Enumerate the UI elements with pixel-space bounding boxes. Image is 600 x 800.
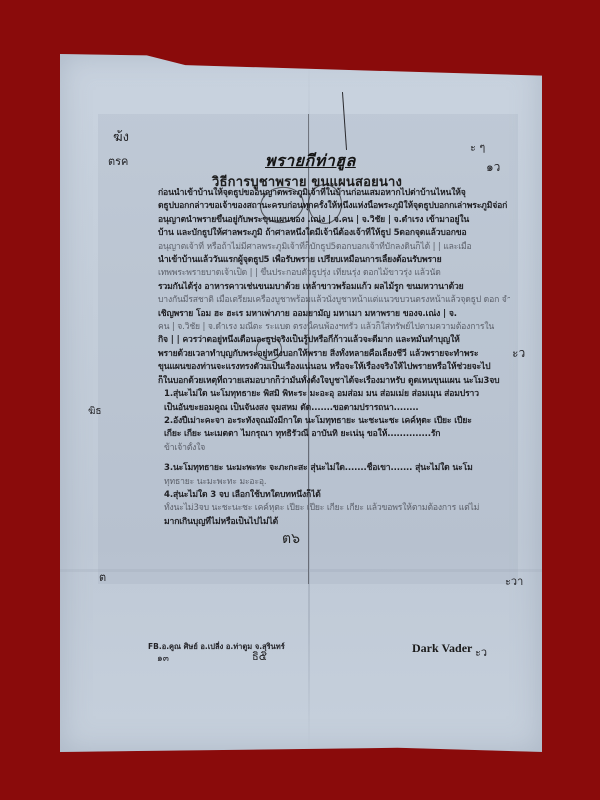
body-line: นำเข้าบ้านแล้ววันแรกผู้จุดธูป5 เพื่อรับพ… xyxy=(158,254,510,267)
item-number: 2. xyxy=(164,416,173,426)
bottom-mark-left: ต xyxy=(99,568,106,586)
body-line: บ้าน และบักธูปให้ศาลพระภูมิ ถ้าศาลหนึ่งใ… xyxy=(158,227,510,240)
body-line: นะโมทุทธายะ นะมะพะทะ จะภะกะสะ สุ่นะไม่ใด… xyxy=(173,463,473,473)
corner-mark-top-left-2: ตรค xyxy=(108,152,128,170)
body-line: ทั้งนะไม่3จบ นะชะนะชะ เคค์หุตะ เปียะ เปี… xyxy=(164,502,510,515)
footer-author-mark: ๑๓ xyxy=(157,651,169,665)
separator-loop-mark: ต๖ xyxy=(282,528,300,550)
body-line: ทุทธายะ นะมะพะทะ มะอะอุ. xyxy=(164,476,510,489)
body-line: ข้าเจ้าตั้งใจ xyxy=(164,442,510,455)
corner-mark-top-right-2: ๑ว xyxy=(486,158,500,177)
item-number: 4. xyxy=(164,490,173,500)
footer-signature: Dark Vader xyxy=(412,641,472,656)
body-line: อนุญาตนำพรายขึ้นอยู่กับพระขุนแผนของ .เณ่… xyxy=(158,214,510,227)
body-line: อนุญาตเจ้าที่ หรือถ้าไม่มีศาลพระภูมิเจ้า… xyxy=(158,241,510,254)
body-line: อังปีเม่าะคะจา อะระทังจุณมังมีกาใด นะโมท… xyxy=(173,416,472,426)
body-line: สุ่นะไม่ใด 3 จบ เลือกใช้บทใดบทหนึ่งก็ได้ xyxy=(173,490,321,500)
paper-sheet: ฆ้ง ตรค ะ ๆ ๑ว พรายกีท่าฮูล วิธีการบูชาพ… xyxy=(60,54,542,752)
body-line: ก็ในบอกด้วยเหตุที่ถวายเสมอบากก็ว่ามั่นทั… xyxy=(158,375,510,388)
item-number: 3. xyxy=(164,463,173,473)
item-number: 1. xyxy=(164,389,173,399)
body-line: เทพพระพรายบาดเจ้าเป็ด | | ขึ้นประกอบตัวธ… xyxy=(158,267,510,280)
body-line: พรายด้วยเวลาทำบุญกับพระอยู่หนึ่งบอกให้พร… xyxy=(158,348,510,361)
body-line: รวมกันได้รุ่ง อาหารคาวเช่นขนมบาต้วย เหล้… xyxy=(158,281,510,294)
side-mark-right: ะว xyxy=(512,344,525,363)
footer-signature-mark: ะว xyxy=(475,643,487,661)
body-line: ดธูปบอกกล่าวขอเจ้าของสถานะครบก่อนทุกครั้… xyxy=(158,200,510,213)
body-line: เป็นอันขะยอมคูณ เป็นจันงสง จุมสหม ดัด...… xyxy=(164,402,510,415)
body-line: บางกันมีรสชาติ เมื่อเตรียมเครื่องบูชาพร้… xyxy=(158,294,510,307)
body-line: คน | จ.วิชัย | จ.ดำเรง มณีตะ ระแบด ตรงนี… xyxy=(158,321,510,334)
body-line: มากเกินบุญที่ไม่หรือเป็นไปไม่ได้ xyxy=(164,516,510,529)
body-line: ก่อนนำเข้าบ้านให้จุดธูปขออนุญาตพระภูมิเจ… xyxy=(158,187,510,200)
chant-item-2: 2.อังปีเม่าะคะจา อะระทังจุณมังมีกาใด นะโ… xyxy=(164,415,510,455)
body-line: ขุนแผนของท่านจะแรงทรงตัวมเป็นเรื่องแน่นอ… xyxy=(158,361,510,374)
bottom-mark-right: ะวา xyxy=(505,572,523,590)
horizontal-fold-crease xyxy=(60,569,542,572)
body-line: กิจ | | ควรว่าตอยู่หนึ่งเดือนละธูปจริงเป… xyxy=(158,334,510,347)
separator-gap xyxy=(158,455,510,462)
chant-item-4: 4.สุ่นะไม่ใด 3 จบ เลือกใช้บทใดบทหนึ่งก็ไ… xyxy=(164,489,510,529)
body-line: เชิญพราย โอม ฮะ ฮะเร มหาเพ่าภาย ออมยามัญ… xyxy=(158,308,510,321)
footer-middle-mark: ธิ๕ิ xyxy=(252,647,267,665)
chant-item-3: 3.นะโมทุทธายะ นะมะพะทะ จะภะกะสะ สุ่นะไม่… xyxy=(164,462,510,489)
side-mark-left: ฆิธ xyxy=(88,404,102,419)
document-body: ก่อนนำเข้าบ้านให้จุดธูปขออนุญาตพระภูมิเจ… xyxy=(158,187,510,529)
corner-mark-top-right: ะ ๆ xyxy=(470,138,485,156)
chant-item-1: 1.สุ่นะไม่ใด นะโมทุทธายะ พิสมิ พิหะระ มะ… xyxy=(164,388,510,415)
intro-paragraph: ก่อนนำเข้าบ้านให้จุดธูปขออนุญาตพระภูมิเจ… xyxy=(158,187,510,388)
corner-mark-top-left: ฆ้ง xyxy=(113,126,129,147)
body-line: เกียะ เกียะ นะเมตตา ไมกรุณา ทุทธิรัวณี อ… xyxy=(164,428,510,441)
body-line: สุ่นะไม่ใด นะโมทุทธายะ พิสมิ พิหะระ มะอะ… xyxy=(173,389,479,399)
